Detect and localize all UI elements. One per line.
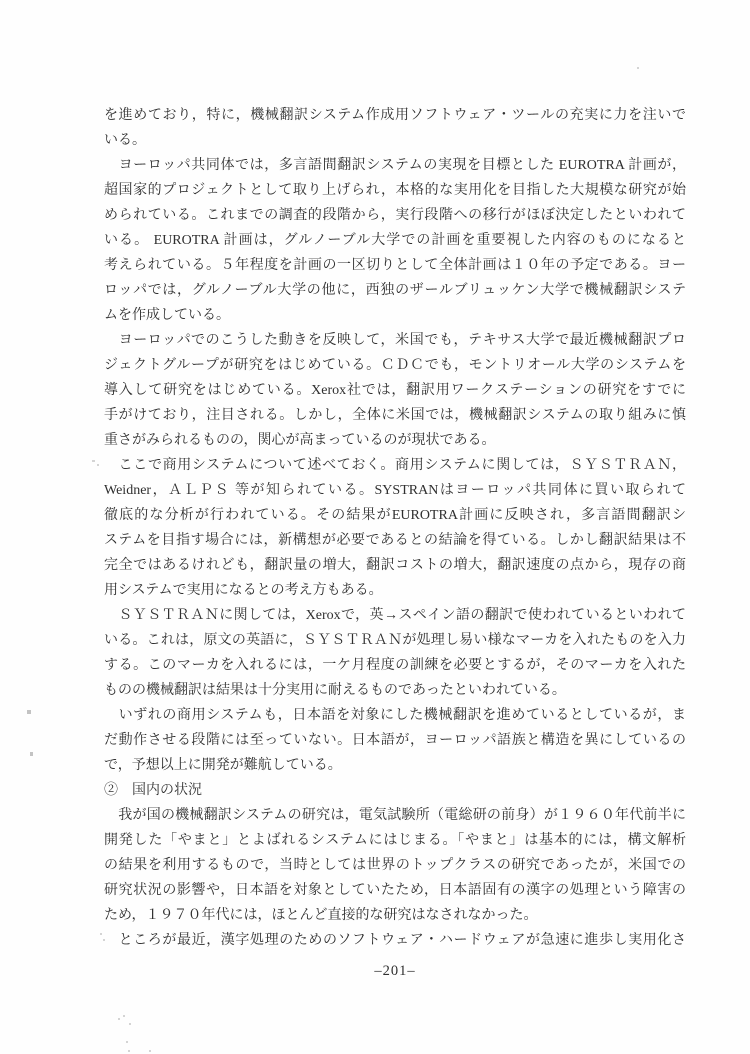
- text-line: ＳＹＳＴＲＡＮに関しては，Xeroxで，英→スペイン語の翻訳で使われているといわ…: [104, 603, 686, 628]
- text-line: いる。これは，原文の英語に，ＳＹＳＴＲＡＮが処理し易い様なマーカを入れたものを入…: [104, 628, 686, 653]
- text-line: 手がけており，注目される。しかし，全体に米国では，機械翻訳システムの取り組みに慎: [104, 403, 686, 428]
- text-line: で，予想以上に開発が難航している。: [104, 753, 686, 778]
- text-line: ここで商用システムについて述べておく。商用システムに関しては，ＳＹＳＴＲＡＮ，: [104, 453, 686, 478]
- text-line: ステムを目指す場合には，新構想が必要であるとの結論を得ている。しかし翻訳結果は不: [104, 528, 686, 553]
- scan-speck: [129, 1023, 131, 1025]
- text-line: ものの機械翻訳は結果は十分実用に耐えるものであったといわれている。: [104, 678, 686, 703]
- text-line: 用システムで実用になるとの考え方もある。: [104, 578, 686, 603]
- text-line: いずれの商用システムも，日本語を対象にした機械翻訳を進めているとしているが，ま: [104, 703, 686, 728]
- scan-speck: [126, 1041, 128, 1043]
- text-line: ヨーロッパ共同体では，多言語間翻訳システムの実現を目標とした EUROTRA 計…: [104, 153, 686, 178]
- text-line: 研究状況の影響や，日本語を対象としていたため，日本語固有の漢字の処理という障害の: [104, 878, 686, 903]
- scan-speck: [149, 1050, 151, 1052]
- text-line: ムを作成している。: [104, 303, 686, 328]
- scan-speck: [92, 460, 95, 462]
- text-line: いる。: [104, 128, 686, 153]
- text-line: だ動作させる段階には至っていない。日本語が，ヨーロッパ語族と構造を異にしているの: [104, 728, 686, 753]
- scan-speck: [128, 1050, 130, 1052]
- text-line: 導入して研究をはじめている。Xerox社では，翻訳用ワークステーションの研究をす…: [104, 378, 686, 403]
- text-line: Weidner，ＡＬＰＳ 等が知られている。SYSTRANはヨーロッパ共同体に買…: [104, 478, 686, 503]
- scan-speck: [123, 1015, 125, 1017]
- text-line: 完全ではあるけれども，翻訳量の増大，翻訳コストの増大，翻訳速度の点から，現存の商: [104, 553, 686, 578]
- scan-speck: [118, 1018, 120, 1020]
- text-line: 開発した「やまと」とよばれるシステムにはじまる。「やまと」は基本的には，構文解析: [104, 828, 686, 853]
- text-line: 重さがみられるものの，関心が高まっているのが現状である。: [104, 428, 686, 453]
- text-line: 我が国の機械翻訳システムの研究は，電気試験所（電総研の前身）が１９６０年代前半に: [104, 803, 686, 828]
- text-line: 徹底的な分析が行われている。その結果がEUROTRA計画に反映され，多言語間翻訳…: [104, 503, 686, 528]
- text-line: ロッパでは，グルノーブル大学の他に，西独のザールブリュッケン大学で機械翻訳システ: [104, 278, 686, 303]
- document-page: を進めており，特に，機械翻訳システム作成用ソフトウェア・ツールの充実に力を注いで…: [0, 0, 750, 1054]
- scan-speck: [97, 464, 99, 466]
- text-line: いる。 EUROTRA 計画は，グルノーブル大学での計画を重要視した内容のものに…: [104, 228, 686, 253]
- text-line: ところが最近，漢字処理のためのソフトウェア・ハードウェアが急速に進歩し実用化さ: [104, 928, 686, 953]
- text-line: する。このマーカを入れるには，一ケ月程度の訓練を必要とするが，そのマーカを入れた: [104, 653, 686, 678]
- section-heading: ② 国内の状況: [104, 778, 686, 803]
- text-line: を進めており，特に，機械翻訳システム作成用ソフトウェア・ツールの充実に力を注いで: [104, 103, 686, 128]
- page-number: –201–: [104, 960, 686, 982]
- text-line: 考えられている。５年程度を計画の一区切りとして全体計画は１０年の予定である。ヨー: [104, 253, 686, 278]
- text-line: ため，１９７０年代には，ほとんど直接的な研究はなされなかった。: [104, 903, 686, 928]
- scan-speck: [30, 752, 33, 756]
- scan-speck: [100, 933, 102, 935]
- text-line: 超国家的プロジェクトとして取り上げられ，本格的な実用化を目指した大規模な研究が始: [104, 178, 686, 203]
- text-line: ジェクトグループが研究をはじめている。ＣＤＣでも，モントリオール大学のシステムを: [104, 353, 686, 378]
- text-body: を進めており，特に，機械翻訳システム作成用ソフトウェア・ツールの充実に力を注いで…: [104, 103, 686, 953]
- scan-speck: [637, 67, 639, 69]
- text-line: の結果を利用するもので，当時としては世界のトップクラスの研究であったが，米国での: [104, 853, 686, 878]
- scan-speck: [103, 939, 105, 941]
- text-line: められている。これまでの調査的段階から，実行段階への移行がほぼ決定したといわれて: [104, 203, 686, 228]
- text-line: ヨーロッパでのこうした動きを反映して，米国でも，テキサス大学で最近機械翻訳プロ: [104, 328, 686, 353]
- scan-speck: [27, 710, 31, 714]
